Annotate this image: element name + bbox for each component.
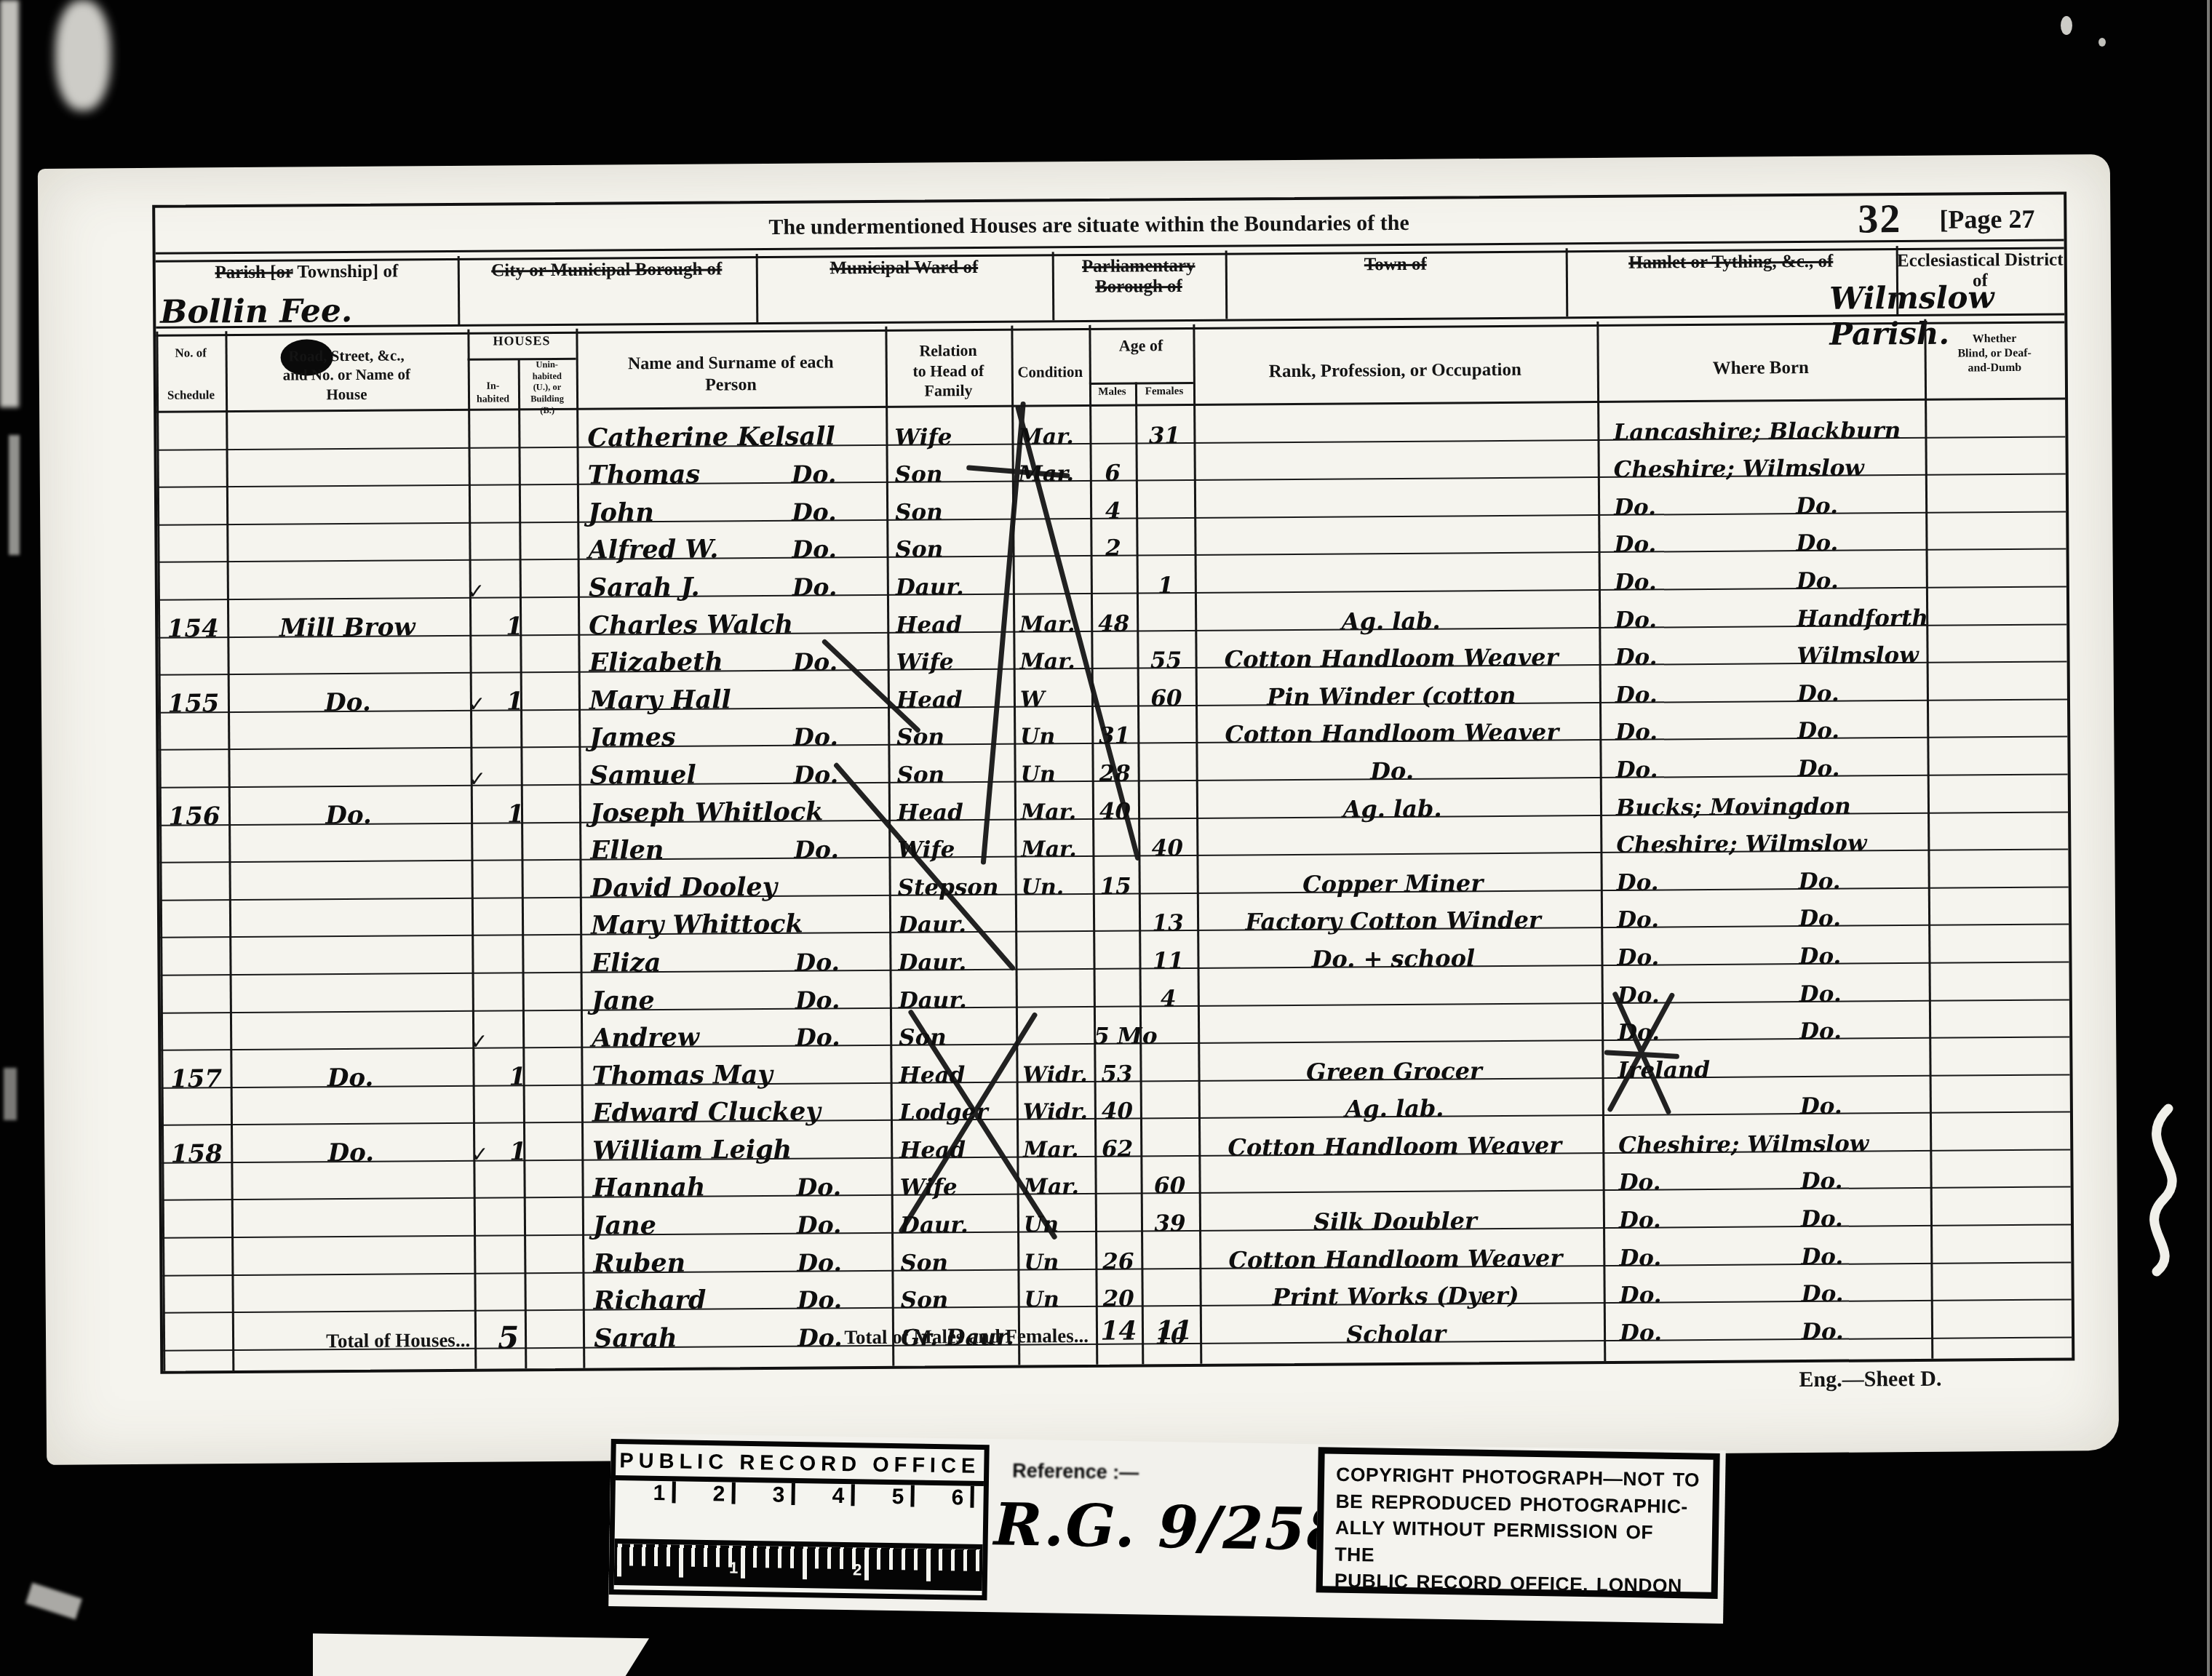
total-males-value: 14: [1096, 1315, 1142, 1346]
parish-label-struck: Parish [or: [215, 263, 293, 283]
table-rule: [458, 256, 461, 324]
cell-name: Sarah: [594, 1323, 677, 1354]
ruler-number: 2: [712, 1482, 725, 1507]
film-streak: [4, 1068, 17, 1120]
col-houses-label: HOUSES: [467, 333, 576, 349]
film-speck: [2061, 16, 2072, 35]
locality-town-label: Town of: [1225, 253, 1566, 276]
film-wedge: [313, 1627, 649, 1676]
census-page: The undermentioned Houses are situate wi…: [38, 154, 2119, 1465]
total-females-value: 11: [1145, 1315, 1204, 1346]
col-schedule-label: No. of: [156, 346, 226, 361]
ruler-tick: [910, 1485, 914, 1507]
table-rule: [1896, 246, 1899, 314]
film-blotch: [55, 0, 111, 111]
cell-occ: Scholar: [1205, 1319, 1587, 1349]
col-females-label: Females: [1135, 386, 1193, 399]
page-label: [Page 27: [1939, 204, 2034, 235]
reference-label: Reference :—: [1012, 1460, 1139, 1485]
film-streak: [9, 435, 20, 555]
col-schedule-label2: Schedule: [156, 388, 226, 403]
copyright-stamp: COPYRIGHT PHOTOGRAPH—NOT TO BE REPRODUCE…: [1316, 1447, 1720, 1599]
locality-borough-label: City or Municipal Borough of: [458, 259, 756, 282]
rule: [1089, 382, 1193, 385]
copyright-line: ALLY WITHOUT PERMISSION OF THE: [1334, 1515, 1700, 1573]
locality-parl-borough-label: Parliamentary Borough of: [1052, 256, 1225, 298]
total-mf-label: Total of Males and Females...: [672, 1325, 1089, 1350]
rule: [156, 314, 2064, 337]
ruler-number: 3: [772, 1483, 784, 1507]
pro-ruler-inches: 123456: [615, 1480, 984, 1549]
table-rule: [1225, 251, 1228, 319]
locality-ward-label: Municipal Ward of: [756, 257, 1052, 279]
col-occupation-label: Rank, Profession, or Occupation: [1193, 359, 1597, 383]
ruler-tick: [970, 1486, 974, 1508]
col-inhabited-label: In- habited: [468, 380, 518, 405]
census-table: The undermentioned Houses are situate wi…: [152, 191, 2074, 1373]
copyright-line: PUBLIC RECORD OFFICE, LONDON: [1334, 1568, 1700, 1600]
col-age-label: Age of: [1089, 336, 1193, 356]
film-speck: [2098, 38, 2106, 47]
table-rule: [1052, 252, 1055, 320]
col-relation-label: Relation to Head of Family: [885, 340, 1011, 402]
cell-bl: Do.: [1620, 1320, 1662, 1346]
boundary-title: The undermentioned Houses are situate wi…: [768, 211, 1409, 240]
ruler-number: 1: [729, 1559, 739, 1578]
census-table-rows: Catherine KelsallWifeMar.31Lancashire; B…: [156, 400, 2072, 1315]
ruler-number: 5: [891, 1485, 904, 1509]
col-condition-label: Condition: [1011, 363, 1089, 382]
col-name-label: Name and Surname of each Person: [576, 351, 886, 397]
film-edge-line: [2207, 0, 2210, 1676]
col-infirm-label: Whether Blind, or Deaf- and-Dumb: [1924, 332, 2064, 376]
ruler-number: 4: [832, 1484, 844, 1509]
folio-number: 32: [1858, 196, 1901, 242]
total-houses-value: 5: [498, 1320, 520, 1355]
census-scan-screen: The undermentioned Houses are situate wi…: [0, 0, 2212, 1676]
col-born-label: Where Born: [1597, 357, 1925, 380]
total-houses-label: Total of Houses...: [207, 1329, 470, 1354]
pro-ruler-stamp: PUBLIC RECORD OFFICE 123456 12: [608, 1439, 989, 1600]
ruler-tick: [672, 1481, 675, 1503]
sheet-note: Eng.—Sheet D.: [1799, 1367, 1941, 1392]
cell-br: Do.: [1802, 1319, 1844, 1345]
ruler-number: 2: [853, 1560, 862, 1579]
archive-stamp-strip: PUBLIC RECORD OFFICE 123456 12 Reference…: [608, 1433, 1726, 1624]
film-speck: [25, 1583, 82, 1620]
ruler-tick: [851, 1484, 854, 1506]
locality-parish-label: Parish [or Township] of: [156, 261, 458, 284]
pro-ruler-cm: 12: [614, 1544, 983, 1591]
ruler-number: 6: [951, 1485, 963, 1510]
ruler-tick: [791, 1483, 795, 1505]
parish-label-kept: Township] of: [297, 262, 398, 282]
ruler-tick: [731, 1483, 735, 1504]
table-rule: [756, 254, 759, 322]
locality-hamlet-label: Hamlet or Tything, &c., of: [1566, 251, 1896, 274]
film-streak: [0, 0, 19, 407]
ruler-number: 1: [653, 1481, 665, 1506]
pro-stamp-title: PUBLIC RECORD OFFICE: [616, 1444, 984, 1486]
film-scratch: [2123, 1103, 2203, 1277]
col-road-label: Road, Street, &c., and No. or Name of Ho…: [226, 346, 469, 404]
col-males-label: Males: [1089, 386, 1135, 398]
